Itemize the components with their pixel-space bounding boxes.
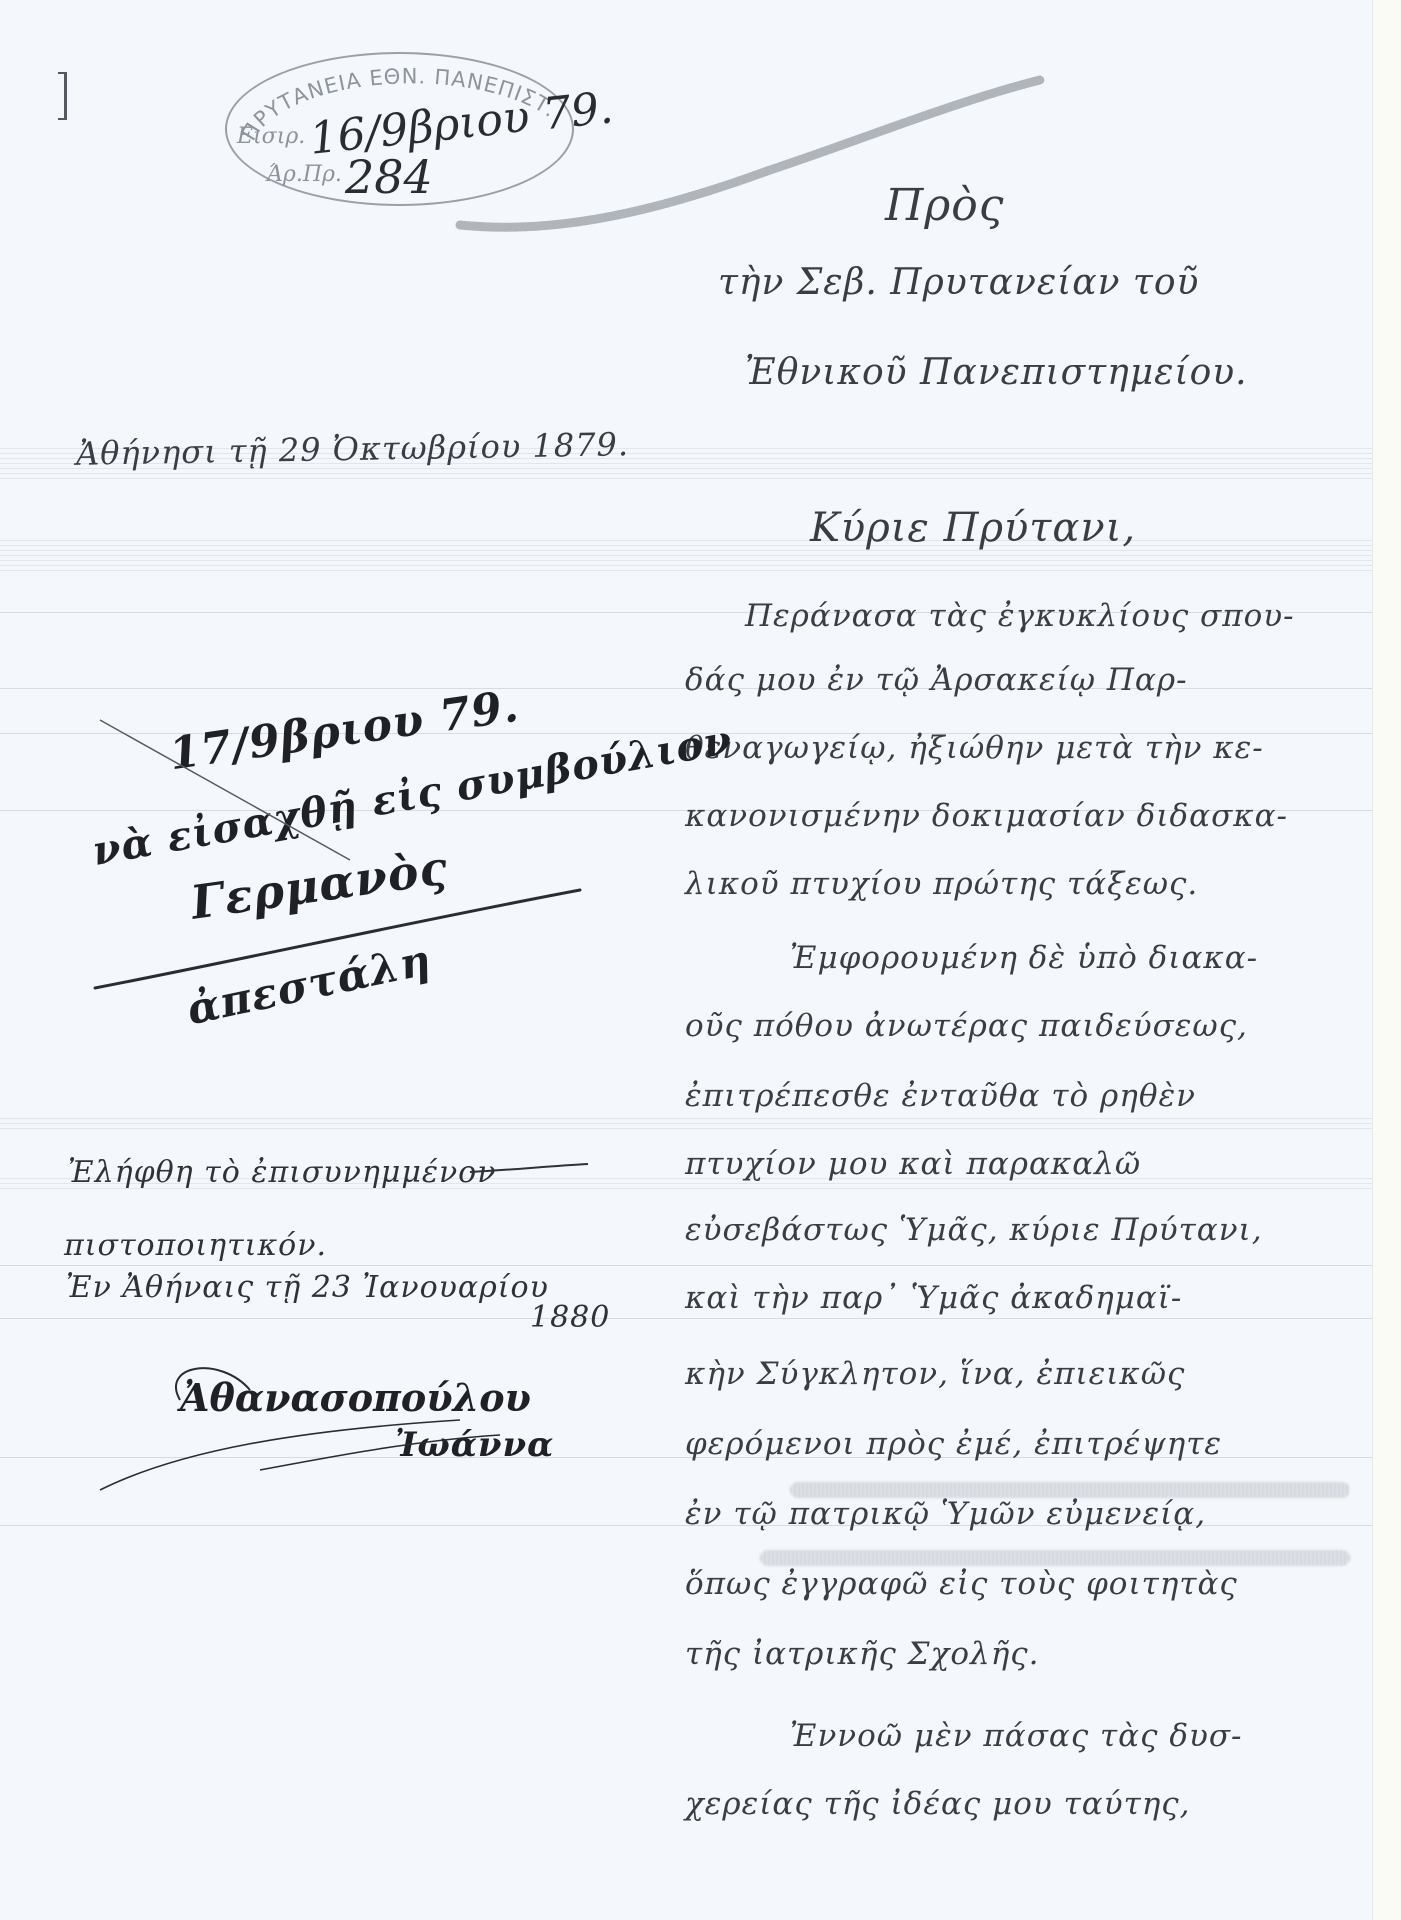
return-note-line-2: πιστοποιητικόν.: [64, 1228, 327, 1263]
body-line: τῆς ἰατρικῆς Σχολῆς.: [685, 1636, 1039, 1672]
strike-line: [100, 720, 520, 870]
body-line: οῦς πόθου ἀνωτέρας παιδεύσεως,: [685, 1008, 1248, 1044]
body-line: εὐσεβάστως Ὑμᾶς, κύριε Πρύτανι,: [685, 1212, 1263, 1248]
return-note-year: 1880: [530, 1300, 610, 1335]
body-line: δάς μου ἐν τῷ Ἀρσακείῳ Παρ-: [685, 662, 1188, 698]
stamp-number-label: Άρ.Πρ.: [267, 162, 342, 187]
signature-flourish: [100, 1360, 520, 1500]
salutation-to: Πρὸς: [885, 180, 1004, 231]
body-line: Ἐμφορουμένη δὲ ὑπὸ διακα-: [790, 940, 1258, 976]
addressee-line-1: τὴν Σεβ. Πρυτανείαν τοῦ: [718, 262, 1199, 303]
ruled-line: [0, 1318, 1372, 1319]
body-line: ἐπιτρέπεσθε ἐνταῦθα τὸ ρηθὲν: [685, 1078, 1196, 1114]
scan-edge: [1372, 0, 1401, 1920]
stamp-received-label: Εισιρ.: [237, 124, 305, 149]
return-note-line-3: Ἐν Ἀθήναις τῇ 23 Ἰανουαρίου: [66, 1270, 549, 1305]
ruled-band: [0, 540, 1372, 574]
ruled-line: [0, 1265, 1372, 1266]
body-line: φερόμενοι πρὸς ἐμέ, ἐπιτρέψητε: [685, 1426, 1222, 1462]
body-line: ἐν τῷ πατρικῷ Ὑμῶν εὐμενείᾳ,: [685, 1496, 1206, 1532]
body-line: πτυχίον μου καὶ παρακαλῶ: [685, 1146, 1141, 1182]
body-line: Ἐννοῶ μὲν πάσας τὰς δυσ-: [790, 1718, 1242, 1754]
body-line: κανονισμένην δοκιμασίαν διδασκα-: [685, 798, 1288, 834]
margin-bracket-mark: [58, 72, 67, 120]
body-line: θεναγωγείῳ, ἠξιώθην μετὰ τὴν κε-: [685, 730, 1264, 766]
body-line: κὴν Σύγκλητον, ἵνα, ἐπιεικῶς: [685, 1356, 1185, 1392]
body-line: χερείας τῆς ἰδέας μου ταύτης,: [685, 1786, 1191, 1822]
pencil-smudge: [790, 1482, 1350, 1498]
pencil-smudge: [760, 1550, 1350, 1566]
return-note-flourish: [470, 1160, 590, 1180]
ruled-band: [0, 1118, 1372, 1132]
body-line: καὶ τὴν παρ᾽ Ὑμᾶς ἀκαδημαϊ-: [685, 1280, 1182, 1316]
body-line: ὅπως ἐγγραφῶ εἰς τοὺς φοιτητὰς: [685, 1566, 1238, 1602]
body-line: λικοῦ πτυχίου πρώτης τάξεως.: [685, 866, 1198, 902]
addressee-line-2: Ἐθνικοῦ Πανεπιστημείου.: [745, 352, 1248, 393]
return-note-line-1: Ἐλήφθη τὸ ἐπισυνημμένον: [68, 1155, 496, 1190]
body-line: Περάνασα τὰς ἐγκυκλίους σπου-: [745, 598, 1295, 634]
stamp-protocol-number: 284: [345, 150, 433, 204]
greeting: Κύριε Πρύτανι,: [810, 505, 1136, 551]
